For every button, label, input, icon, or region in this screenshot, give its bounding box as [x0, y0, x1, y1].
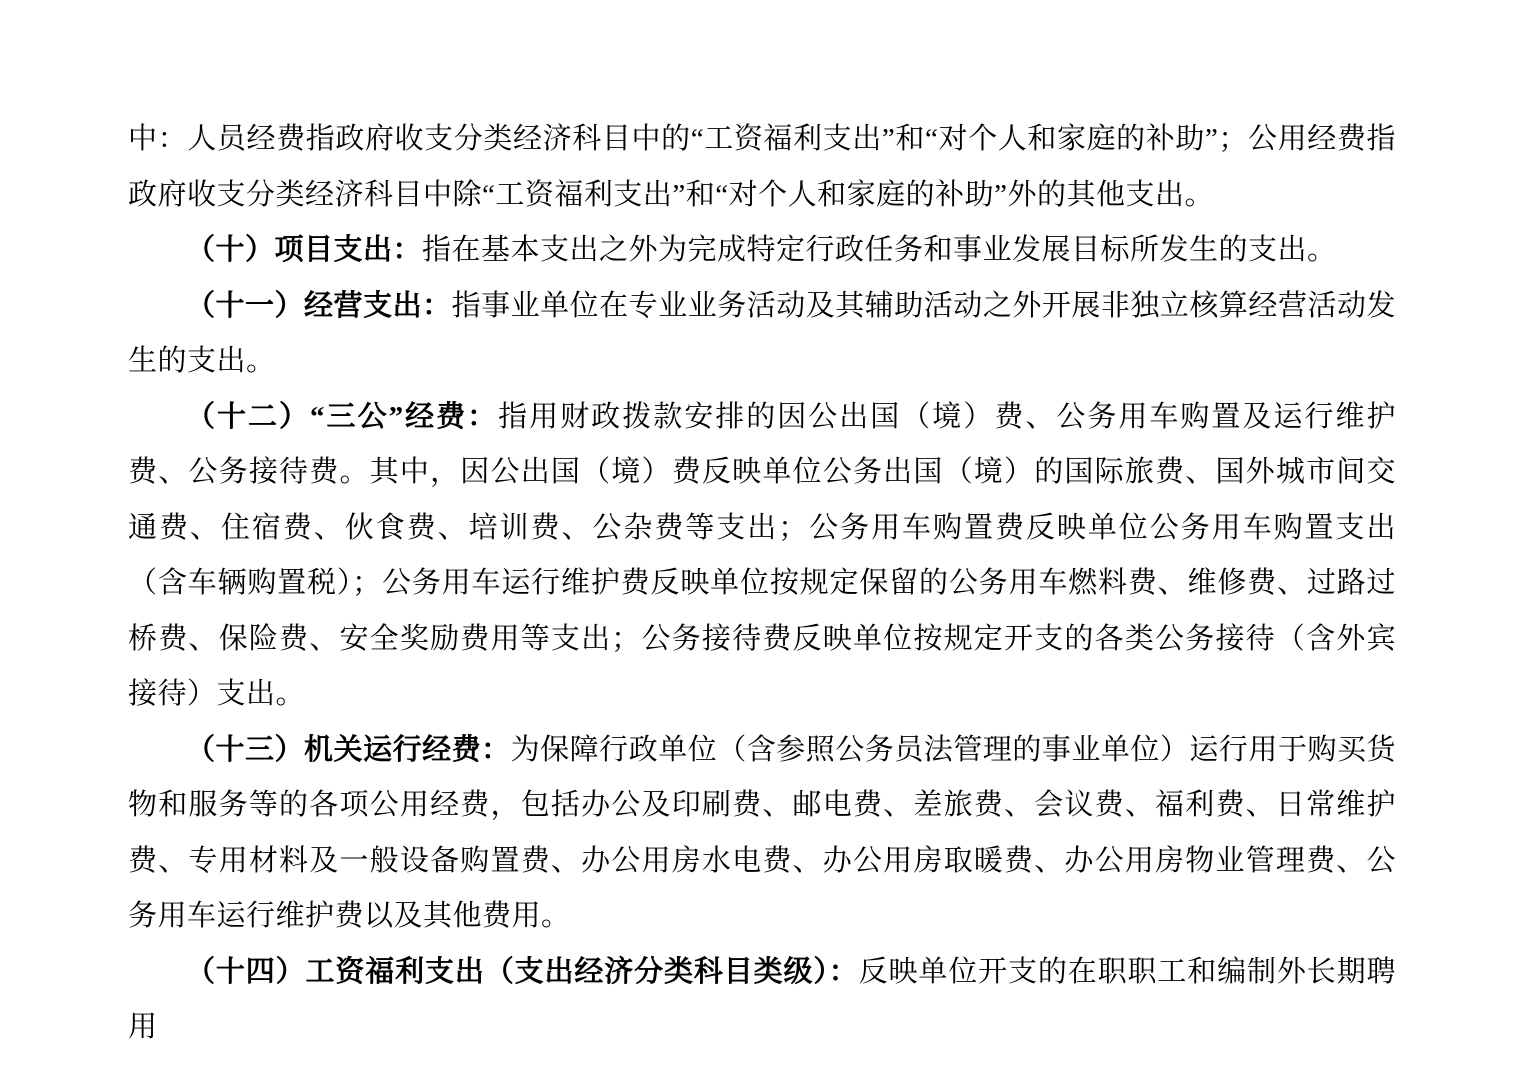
paragraph-item-12-three-public-funds: （十二）“三公”经费：指用财政拨款安排的因公出国（境）费、公务用车购置及运行维护…	[128, 390, 1396, 723]
paragraph-heading: （十二）“三公”经费：	[186, 401, 498, 433]
paragraph-item-11-operating-expenditure: （十一）经营支出：指事业单位在专业业务活动及其辅助活动之外开展非独立核算经营活动…	[128, 279, 1396, 390]
paragraph-item-10-project-expenditure: （十）项目支出：指在基本支出之外为完成特定行政任务和事业发展目标所发生的支出。	[128, 223, 1396, 279]
paragraph-heading: （十）项目支出：	[186, 234, 422, 266]
paragraph-heading: （十一）经营支出：	[186, 290, 452, 322]
paragraph-text: 指用财政拨款安排的因公出国（境）费、公务用车购置及运行维护费、公务接待费。其中，…	[128, 401, 1396, 711]
paragraph-text: 指在基本支出之外为完成特定行政任务和事业发展目标所发生的支出。	[422, 234, 1337, 266]
paragraph-item-13-agency-operating-funds: （十三）机关运行经费：为保障行政单位（含参照公务员法管理的事业单位）运行用于购买…	[128, 723, 1396, 945]
document-text-block: 中：人员经费指政府收支分类经济科目中的“工资福利支出”和“对个人和家庭的补助”；…	[128, 112, 1396, 1056]
paragraph-heading: （十四）工资福利支出（支出经济分类科目类级）：	[186, 956, 859, 988]
paragraph-heading: （十三）机关运行经费：	[186, 734, 511, 766]
paragraph-item-14-salary-welfare-expenditure: （十四）工资福利支出（支出经济分类科目类级）：反映单位开支的在职职工和编制外长期…	[128, 945, 1396, 1056]
paragraph-basic-expenditure-continuation: 中：人员经费指政府收支分类经济科目中的“工资福利支出”和“对个人和家庭的补助”；…	[128, 112, 1396, 223]
paragraph-text: 中：人员经费指政府收支分类经济科目中的“工资福利支出”和“对个人和家庭的补助”；…	[128, 123, 1396, 211]
document-page: 中：人员经费指政府收支分类经济科目中的“工资福利支出”和“对个人和家庭的补助”；…	[0, 0, 1520, 1074]
